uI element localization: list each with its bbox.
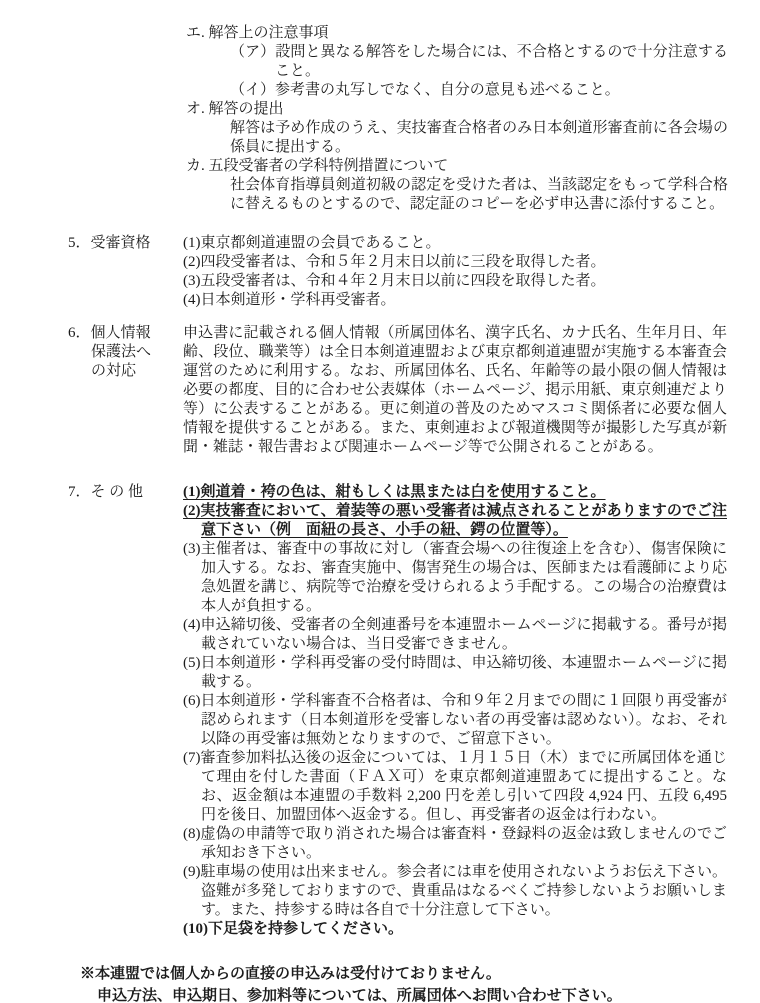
list-item: (8)虚偽の申請等で取り消された場合は審査料・登録料の返金は致しませんのでご承知… [183, 825, 727, 863]
subitem-text: 参考書の丸写しでなく、自分の意見も述べること。 [275, 82, 620, 98]
answer-notes-block: エ. 解答上の注意事項 （ア）設問と異なる解答をした場合には、不合格とするので十… [186, 0, 728, 214]
item-text: 申込締切後、受審者の全剣連番号を本連盟ホームページに掲載する。番号が掲載されてい… [201, 617, 728, 652]
list-item: (10)下足袋を持参してください。 [183, 920, 727, 939]
note-subitem-i: （イ）参考書の丸写しでなく、自分の意見も述べること。 [230, 81, 728, 100]
item-number: (3) [183, 273, 201, 289]
subitem-text: 設問と異なる解答をした場合には、不合格とするので十分注意すること。 [275, 44, 728, 79]
item-number: (1) [183, 484, 201, 500]
section-content-other: (1)剣道着・袴の色は、紺もしくは黒または白を使用すること。 (2)実技審査にお… [183, 483, 727, 939]
section-label-eligibility: 5．受審資格 [68, 234, 183, 253]
item-number: (1) [183, 235, 201, 251]
item-text: 日本剣道形・学科審査不合格者は、令和９年２月までの間に１回限り再受審が認められま… [201, 693, 728, 747]
list-item: (6)日本剣道形・学科審査不合格者は、令和９年２月までの間に１回限り再受審が認め… [183, 692, 727, 749]
item-number: (8) [183, 826, 201, 842]
section-label-line: の対応 [68, 362, 183, 381]
section-label-line: 6．個人情報 [68, 324, 183, 343]
item-text: 日本剣道形・学科再受審の受付時間は、申込締切後、本連盟ホームページに掲載する。 [201, 655, 728, 690]
section-label-privacy: 6．個人情報 保護法へ の対応 [68, 324, 183, 381]
list-item: (7)審査参加料払込後の返金については、１月１５日（木）までに所属団体を通じて理… [183, 749, 727, 825]
list-item: (5)日本剣道形・学科再受審の受付時間は、申込締切後、本連盟ホームページに掲載す… [183, 654, 727, 692]
item-number: (7) [183, 750, 201, 766]
item-number: (5) [183, 655, 201, 671]
item-text: 駐車場の使用は出来ません。参会者には車を使用されないようお伝え下さい。盗難が多発… [201, 864, 728, 918]
list-item: (1)東京都剣道連盟の会員であること。 [183, 234, 727, 253]
item-number: (2) [183, 503, 201, 519]
item-text: 実技審査において、着装等の悪い受審者は減点されることがありますのでご注意下さい（… [201, 503, 728, 538]
footer-note: ※本連盟では個人からの直接の申込みは受付けておりません。 申込方法、申込期日、参… [80, 963, 730, 1003]
subitem-marker: （イ） [230, 82, 275, 98]
item-number: (3) [183, 541, 201, 557]
item-number: (2) [183, 254, 201, 270]
item-text: 日本剣道形・学科再受審者。 [201, 292, 396, 308]
item-number: (10) [183, 921, 208, 937]
item-text: 五段受審者は、令和４年２月末日以前に四段を取得した者。 [201, 273, 606, 289]
list-item: (3)五段受審者は、令和４年２月末日以前に四段を取得した者。 [183, 272, 727, 291]
list-item: (2)実技審査において、着装等の悪い受審者は減点されることがありますのでご注意下… [183, 502, 727, 540]
list-item: (3)主催者は、審査中の事故に対し（審査会場への往復途上を含む）、傷害保険に加入… [183, 540, 727, 616]
item-text: 審査参加料払込後の返金については、１月１５日（木）までに所属団体を通じて理由を付… [201, 750, 728, 823]
section-content-privacy: 申込書に記載される個人情報（所属団体名、漢字氏名、カナ氏名、生年月日、年齢、段位… [183, 324, 727, 457]
privacy-paragraph: 申込書に記載される個人情報（所属団体名、漢字氏名、カナ氏名、生年月日、年齢、段位… [183, 324, 727, 457]
subitem-marker: （ア） [230, 44, 275, 60]
section-content-eligibility: (1)東京都剣道連盟の会員であること。 (2)四段受審者は、令和５年２月末日以前… [183, 234, 727, 310]
section-label-line: 保護法へ [68, 343, 183, 362]
list-item: (2)四段受審者は、令和５年２月末日以前に三段を取得した者。 [183, 253, 727, 272]
note-heading-o: オ. 解答の提出 [186, 100, 728, 119]
item-number: (6) [183, 693, 201, 709]
list-item: (4)申込締切後、受審者の全剣連番号を本連盟ホームページに掲載する。番号が掲載さ… [183, 616, 727, 654]
list-item: (9)駐車場の使用は出来ません。参会者には車を使用されないようお伝え下さい。盗難… [183, 863, 727, 920]
note-heading-ka: カ. 五段受審者の学科特例措置について [186, 157, 728, 176]
list-item: (4)日本剣道形・学科再受審者。 [183, 291, 727, 310]
section-other: 7．そ の 他 (1)剣道着・袴の色は、紺もしくは黒または白を使用すること。 (… [0, 483, 760, 939]
note-body-ka: 社会体育指導員剣道初級の認定を受けた者は、当該認定をもって学科合格に替えるものと… [230, 176, 728, 214]
note-body-o: 解答は予め作成のうえ、実技審査合格者のみ日本剣道形審査前に各会場の係員に提出する… [230, 119, 728, 157]
note-heading-e: エ. 解答上の注意事項 [186, 24, 728, 43]
footer-line-1: ※本連盟では個人からの直接の申込みは受付けておりません。 [80, 963, 730, 985]
item-text: 下足袋を持参してください。 [208, 921, 403, 937]
note-subitem-a: （ア）設問と異なる解答をした場合には、不合格とするので十分注意すること。 [230, 43, 728, 81]
section-privacy: 6．個人情報 保護法へ の対応 申込書に記載される個人情報（所属団体名、漢字氏名… [0, 324, 760, 457]
item-number: (9) [183, 864, 201, 880]
section-label-other: 7．そ の 他 [68, 483, 183, 502]
list-item: (1)剣道着・袴の色は、紺もしくは黒または白を使用すること。 [183, 483, 727, 502]
footer-line-2: 申込方法、申込期日、参加料等については、所属団体へお問い合わせ下さい。 [80, 985, 730, 1003]
item-text: 東京都剣道連盟の会員であること。 [201, 235, 441, 251]
item-text: 主催者は、審査中の事故に対し（審査会場への往復途上を含む）、傷害保険に加入する。… [201, 541, 728, 614]
section-eligibility: 5．受審資格 (1)東京都剣道連盟の会員であること。 (2)四段受審者は、令和５… [0, 234, 760, 310]
item-number: (4) [183, 617, 201, 633]
item-text: 四段受審者は、令和５年２月末日以前に三段を取得した者。 [201, 254, 606, 270]
item-number: (4) [183, 292, 201, 308]
document-page: エ. 解答上の注意事項 （ア）設問と異なる解答をした場合には、不合格とするので十… [0, 0, 760, 1003]
item-text: 剣道着・袴の色は、紺もしくは黒または白を使用すること。 [201, 484, 606, 500]
item-text: 虚偽の申請等で取り消された場合は審査料・登録料の返金は致しませんのでご承知おき下… [201, 826, 728, 861]
